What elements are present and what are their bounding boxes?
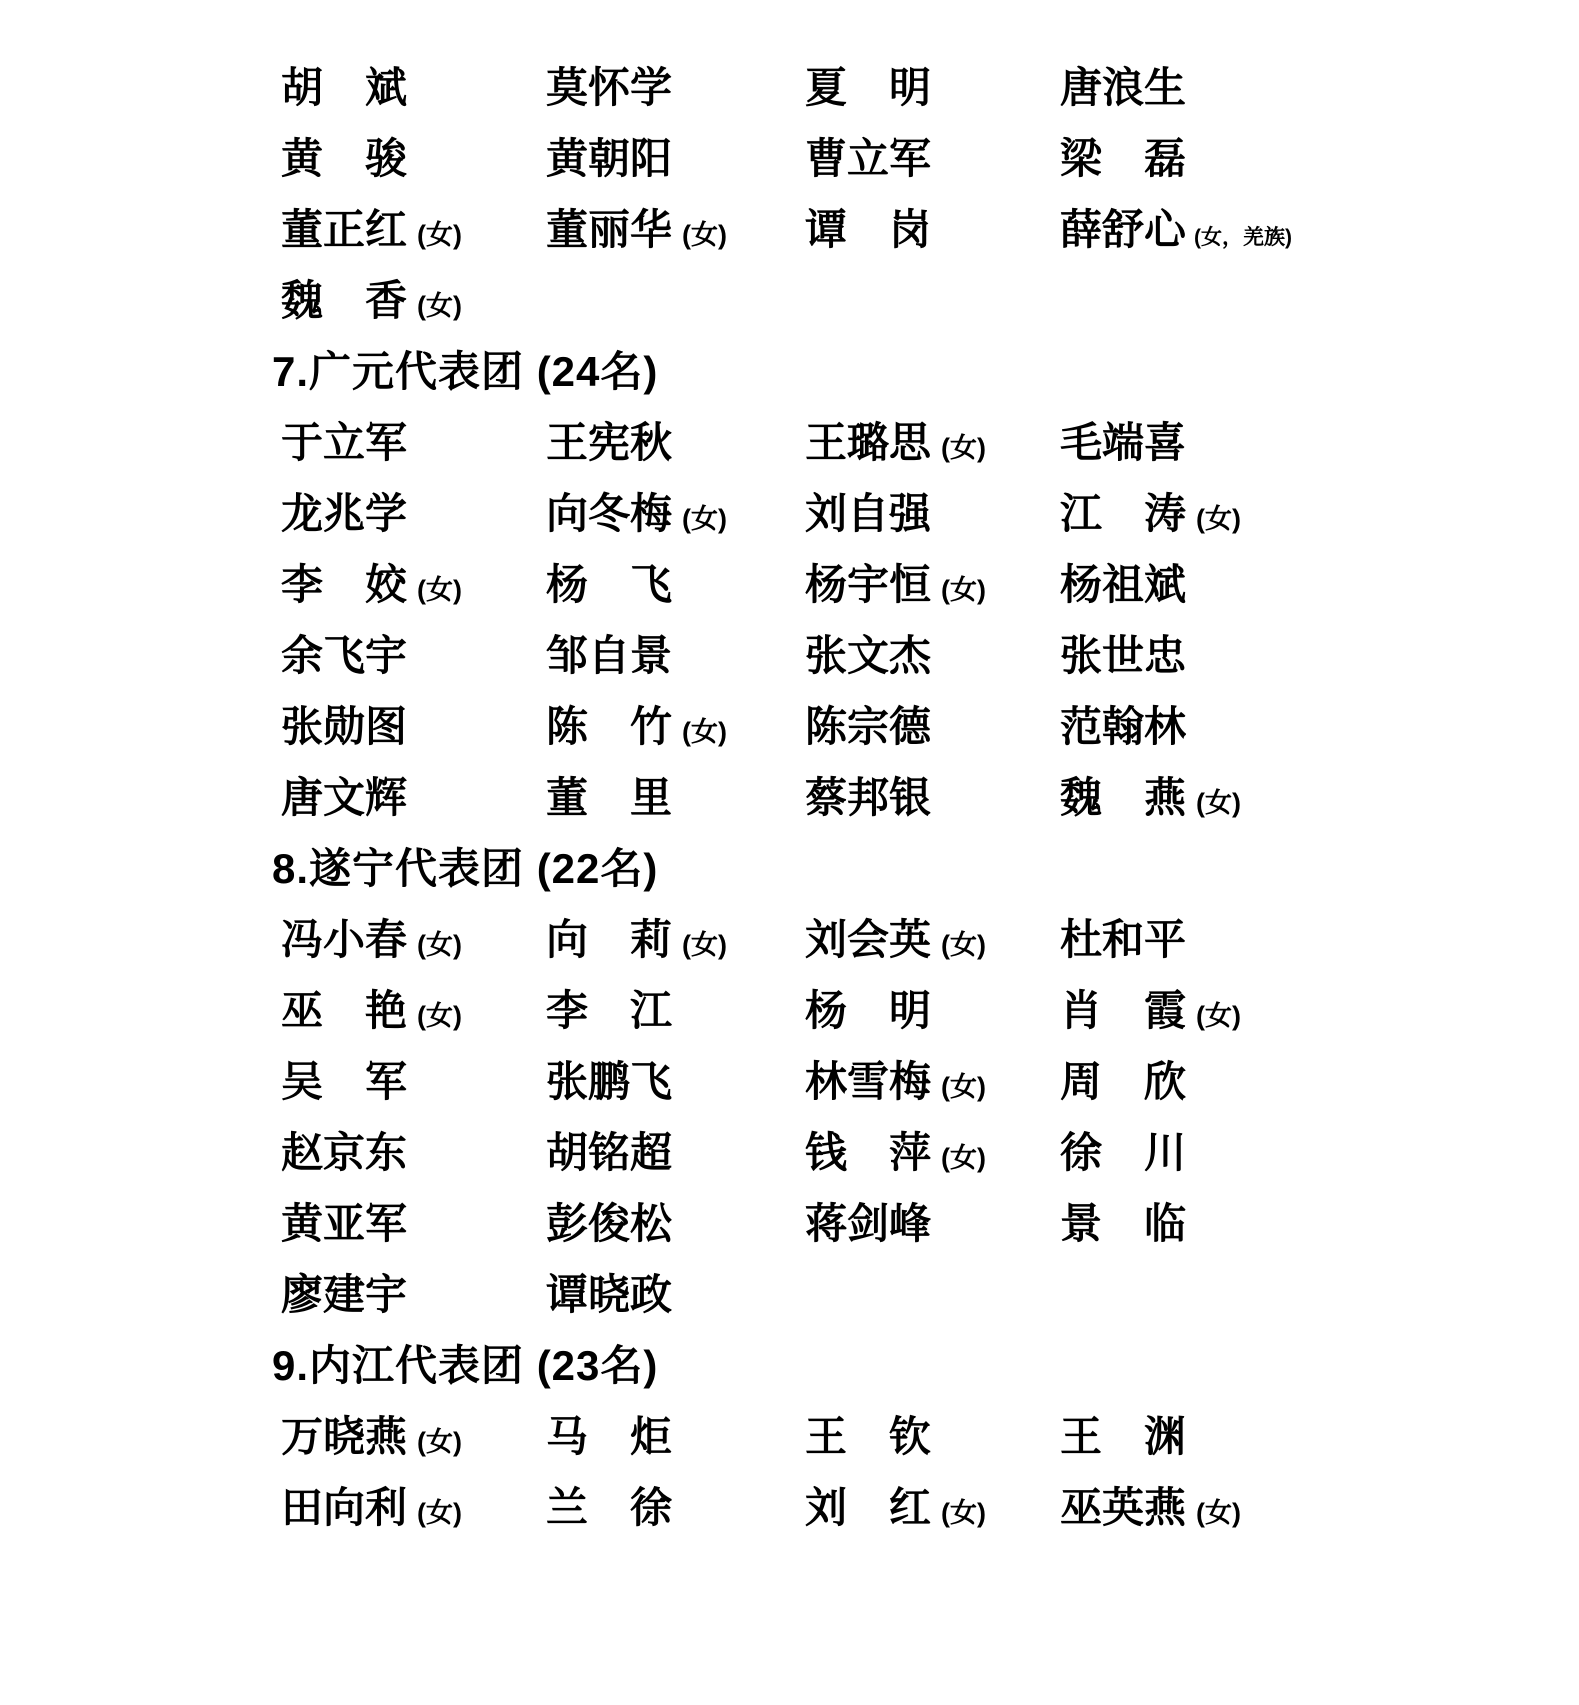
- delegate-name: 赵京东: [281, 1129, 407, 1176]
- delegate-name: 巫英燕: [1060, 1484, 1186, 1531]
- delegate-name: 张鹏飞: [546, 1058, 672, 1105]
- delegate-cell: 李 姣(女): [281, 552, 546, 612]
- delegate-name: 冯小春: [281, 916, 407, 963]
- delegate-row: 廖建宇 谭晓政: [0, 1256, 1579, 1327]
- delegate-cell: 张世忠: [1060, 623, 1390, 683]
- gender-note: (女): [682, 504, 727, 534]
- delegate-name: 肖 霞: [1060, 987, 1186, 1034]
- gender-note: (女): [1196, 788, 1241, 818]
- delegate-cell: 刘会英(女): [805, 907, 1060, 967]
- delegate-row: 吴 军 张鹏飞 林雪梅(女) 周 欣: [0, 1043, 1579, 1114]
- delegate-name: 景 临: [1060, 1200, 1186, 1247]
- gender-note: (女): [941, 433, 986, 463]
- delegate-row: 巫 艳(女) 李 江 杨 明 肖 霞(女): [0, 972, 1579, 1043]
- delegate-row: 冯小春(女) 向 莉(女) 刘会英(女) 杜和平: [0, 901, 1579, 972]
- delegate-name: 廖建宇: [281, 1271, 407, 1318]
- gender-note: (女): [417, 1427, 462, 1457]
- delegate-cell: 魏 香(女): [281, 268, 546, 328]
- delegate-cell: 刘 红(女): [805, 1475, 1060, 1535]
- delegate-name: 周 欣: [1060, 1058, 1186, 1105]
- delegate-cell: 余飞宇: [281, 623, 546, 683]
- gender-note: (女): [417, 930, 462, 960]
- delegate-name: 黄 骏: [281, 135, 407, 182]
- delegate-name: 梁 磊: [1060, 135, 1186, 182]
- delegate-name: 蔡邦银: [805, 774, 931, 821]
- delegate-cell: 张鹏飞: [546, 1049, 805, 1109]
- delegate-cell: 梁 磊: [1060, 126, 1390, 186]
- gender-note: (女): [417, 575, 462, 605]
- delegate-cell: 徐 川: [1060, 1120, 1390, 1180]
- delegate-cell: 薛舒心(女，羌族): [1060, 197, 1390, 257]
- delegate-name: 徐 川: [1060, 1129, 1186, 1176]
- delegate-name: 唐文辉: [281, 774, 407, 821]
- delegate-cell: 夏 明: [805, 55, 1060, 115]
- delegate-name: 龙兆学: [281, 490, 407, 537]
- delegate-name: 王璐思: [805, 419, 931, 466]
- delegate-cell: 兰 徐: [546, 1475, 805, 1535]
- gender-ethnic-note: (女，羌族): [1194, 226, 1292, 249]
- delegate-cell: 彭俊松: [546, 1191, 805, 1251]
- delegate-cell: 李 江: [546, 978, 805, 1038]
- delegate-name: 谭晓政: [546, 1271, 672, 1318]
- delegate-row: 黄 骏 黄朝阳 曹立军 梁 磊: [0, 120, 1579, 191]
- delegate-row: 董正红(女) 董丽华(女) 谭 岗 薛舒心(女，羌族): [0, 191, 1579, 262]
- delegate-row: 赵京东 胡铭超 钱 萍(女) 徐 川: [0, 1114, 1579, 1185]
- delegate-name: 钱 萍: [805, 1129, 931, 1176]
- delegate-row: 张勋图 陈 竹(女) 陈宗德 范翰林: [0, 688, 1579, 759]
- delegate-name: 兰 徐: [546, 1484, 672, 1531]
- delegate-cell: 毛端喜: [1060, 410, 1390, 470]
- delegate-cell: 蒋剑峰: [805, 1191, 1060, 1251]
- delegate-name: 董 里: [546, 774, 672, 821]
- delegate-name: 邹自景: [546, 632, 672, 679]
- delegate-row: 唐文辉 董 里 蔡邦银 魏 燕(女): [0, 759, 1579, 830]
- delegate-cell: 莫怀学: [546, 55, 805, 115]
- delegate-cell: 王璐思(女): [805, 410, 1060, 470]
- delegate-cell: 巫英燕(女): [1060, 1475, 1390, 1535]
- delegate-cell: 曹立军: [805, 126, 1060, 186]
- delegate-cell: 冯小春(女): [281, 907, 546, 967]
- section-header: 8.遂宁代表团 (22名): [0, 830, 1579, 901]
- delegate-cell: 景 临: [1060, 1191, 1390, 1251]
- delegate-cell: 范翰林: [1060, 694, 1390, 754]
- delegate-cell: 唐浪生: [1060, 55, 1390, 115]
- delegate-cell: 杨宇恒(女): [805, 552, 1060, 612]
- delegate-name: 马 炬: [546, 1413, 672, 1460]
- delegate-cell: 王宪秋: [546, 410, 805, 470]
- delegate-cell: 王 渊: [1060, 1404, 1390, 1464]
- delegate-cell: 王 钦: [805, 1404, 1060, 1464]
- delegate-cell: 龙兆学: [281, 481, 546, 541]
- delegate-cell: 董 里: [546, 765, 805, 825]
- delegate-name: 杜和平: [1060, 916, 1186, 963]
- delegate-row: 黄亚军 彭俊松 蒋剑峰 景 临: [0, 1185, 1579, 1256]
- delegate-name: 余飞宇: [281, 632, 407, 679]
- delegate-name: 彭俊松: [546, 1200, 672, 1247]
- gender-note: (女): [941, 1143, 986, 1173]
- delegate-name: 莫怀学: [546, 64, 672, 111]
- delegate-cell: 邹自景: [546, 623, 805, 683]
- gender-note: (女): [682, 717, 727, 747]
- delegate-cell: 谭 岗: [805, 197, 1060, 257]
- delegate-name: 董正红: [281, 206, 407, 253]
- delegate-name: 张世忠: [1060, 632, 1186, 679]
- section-header: 9.内江代表团 (23名): [0, 1327, 1579, 1398]
- delegate-row: 李 姣(女) 杨 飞 杨宇恒(女) 杨祖斌: [0, 546, 1579, 617]
- delegate-cell: 杜和平: [1060, 907, 1390, 967]
- delegate-cell: 林雪梅(女): [805, 1049, 1060, 1109]
- delegate-cell: 杨祖斌: [1060, 552, 1390, 612]
- delegate-name: 张文杰: [805, 632, 931, 679]
- delegate-name: 田向利: [281, 1484, 407, 1531]
- delegate-name: 曹立军: [805, 135, 931, 182]
- delegate-cell: 肖 霞(女): [1060, 978, 1390, 1038]
- delegate-name: 刘会英: [805, 916, 931, 963]
- gender-note: (女): [941, 1072, 986, 1102]
- delegate-name: 巫 艳: [281, 987, 407, 1034]
- delegate-name: 吴 军: [281, 1058, 407, 1105]
- delegate-name: 董丽华: [546, 206, 672, 253]
- delegate-name: 蒋剑峰: [805, 1200, 931, 1247]
- delegate-name: 魏 香: [281, 277, 407, 324]
- section-header-text: 9.内江代表团 (23名): [272, 1333, 658, 1393]
- delegate-row: 余飞宇 邹自景 张文杰 张世忠: [0, 617, 1579, 688]
- delegate-row: 胡 斌 莫怀学 夏 明 唐浪生: [0, 49, 1579, 120]
- delegate-name: 毛端喜: [1060, 419, 1186, 466]
- delegate-name: 李 姣: [281, 561, 407, 608]
- section-header-text: 8.遂宁代表团 (22名): [272, 836, 658, 896]
- delegate-name: 向冬梅: [546, 490, 672, 537]
- gender-note: (女): [682, 220, 727, 250]
- delegate-cell: 陈 竹(女): [546, 694, 805, 754]
- gender-note: (女): [417, 220, 462, 250]
- delegate-cell: 马 炬: [546, 1404, 805, 1464]
- delegate-name: 王 钦: [805, 1413, 931, 1460]
- delegate-name: 黄朝阳: [546, 135, 672, 182]
- delegate-cell: 赵京东: [281, 1120, 546, 1180]
- delegate-cell: 董丽华(女): [546, 197, 805, 257]
- delegate-cell: 江 涛(女): [1060, 481, 1390, 541]
- delegate-name: 范翰林: [1060, 703, 1186, 750]
- delegate-cell: 田向利(女): [281, 1475, 546, 1535]
- delegate-row: 魏 香(女): [0, 262, 1579, 333]
- delegate-name: 胡铭超: [546, 1129, 672, 1176]
- delegate-cell: 黄亚军: [281, 1191, 546, 1251]
- delegate-name: 陈宗德: [805, 703, 931, 750]
- delegate-row: 于立军 王宪秋 王璐思(女) 毛端喜: [0, 404, 1579, 475]
- delegate-name: 李 江: [546, 987, 672, 1034]
- delegate-name: 林雪梅: [805, 1058, 931, 1105]
- delegate-name: 向 莉: [546, 916, 672, 963]
- delegate-name: 谭 岗: [805, 206, 931, 253]
- delegate-name: 于立军: [281, 419, 407, 466]
- delegate-cell: 向冬梅(女): [546, 481, 805, 541]
- gender-note: (女): [1196, 1001, 1241, 1031]
- delegate-cell: 谭晓政: [546, 1262, 805, 1322]
- delegate-cell: 胡 斌: [281, 55, 546, 115]
- delegate-cell: 于立军: [281, 410, 546, 470]
- delegate-name: 薛舒心: [1060, 206, 1186, 253]
- delegate-name: 黄亚军: [281, 1200, 407, 1247]
- delegate-cell: 黄朝阳: [546, 126, 805, 186]
- delegate-name: 万晓燕: [281, 1413, 407, 1460]
- gender-note: (女): [1196, 1498, 1241, 1528]
- section-header-text: 7.广元代表团 (24名): [272, 339, 658, 399]
- delegate-cell: 万晓燕(女): [281, 1404, 546, 1464]
- delegate-name: 张勋图: [281, 703, 407, 750]
- delegate-name: 陈 竹: [546, 703, 672, 750]
- gender-note: (女): [941, 930, 986, 960]
- gender-note: (女): [417, 1498, 462, 1528]
- delegate-cell: 巫 艳(女): [281, 978, 546, 1038]
- delegate-cell: 向 莉(女): [546, 907, 805, 967]
- gender-note: (女): [682, 930, 727, 960]
- delegate-name: 杨祖斌: [1060, 561, 1186, 608]
- gender-note: (女): [1196, 504, 1241, 534]
- delegate-cell: 魏 燕(女): [1060, 765, 1390, 825]
- delegate-cell: 张文杰: [805, 623, 1060, 683]
- delegate-name: 王 渊: [1060, 1413, 1186, 1460]
- gender-note: (女): [941, 1498, 986, 1528]
- delegate-name: 胡 斌: [281, 64, 407, 111]
- delegate-name: 刘自强: [805, 490, 931, 537]
- gender-note: (女): [941, 575, 986, 605]
- delegate-cell: 蔡邦银: [805, 765, 1060, 825]
- delegate-name: 唐浪生: [1060, 64, 1186, 111]
- delegate-cell: 张勋图: [281, 694, 546, 754]
- delegate-cell: 周 欣: [1060, 1049, 1390, 1109]
- delegate-row: 田向利(女) 兰 徐 刘 红(女) 巫英燕(女): [0, 1469, 1579, 1540]
- delegate-cell: 唐文辉: [281, 765, 546, 825]
- delegate-cell: 黄 骏: [281, 126, 546, 186]
- delegate-row: 万晓燕(女) 马 炬 王 钦 王 渊: [0, 1398, 1579, 1469]
- delegate-name: 魏 燕: [1060, 774, 1186, 821]
- delegate-cell: 杨 明: [805, 978, 1060, 1038]
- delegate-list-page: 胡 斌 莫怀学 夏 明 唐浪生 黄 骏 黄朝阳 曹立军 梁 磊 董正红(女) 董…: [0, 0, 1579, 1540]
- delegate-cell: 董正红(女): [281, 197, 546, 257]
- delegate-cell: 刘自强: [805, 481, 1060, 541]
- delegate-name: 刘 红: [805, 1484, 931, 1531]
- delegate-cell: 廖建宇: [281, 1262, 546, 1322]
- delegate-name: 夏 明: [805, 64, 931, 111]
- delegate-row: 龙兆学 向冬梅(女) 刘自强 江 涛(女): [0, 475, 1579, 546]
- section-header: 7.广元代表团 (24名): [0, 333, 1579, 404]
- delegate-cell: 吴 军: [281, 1049, 546, 1109]
- gender-note: (女): [417, 291, 462, 321]
- delegate-name: 杨 明: [805, 987, 931, 1034]
- delegate-cell: 钱 萍(女): [805, 1120, 1060, 1180]
- delegate-name: 杨宇恒: [805, 561, 931, 608]
- gender-note: (女): [417, 1001, 462, 1031]
- delegate-name: 王宪秋: [546, 419, 672, 466]
- delegate-cell: 胡铭超: [546, 1120, 805, 1180]
- delegate-name: 江 涛: [1060, 490, 1186, 537]
- delegate-name: 杨 飞: [546, 561, 672, 608]
- delegate-cell: 杨 飞: [546, 552, 805, 612]
- delegate-cell: 陈宗德: [805, 694, 1060, 754]
